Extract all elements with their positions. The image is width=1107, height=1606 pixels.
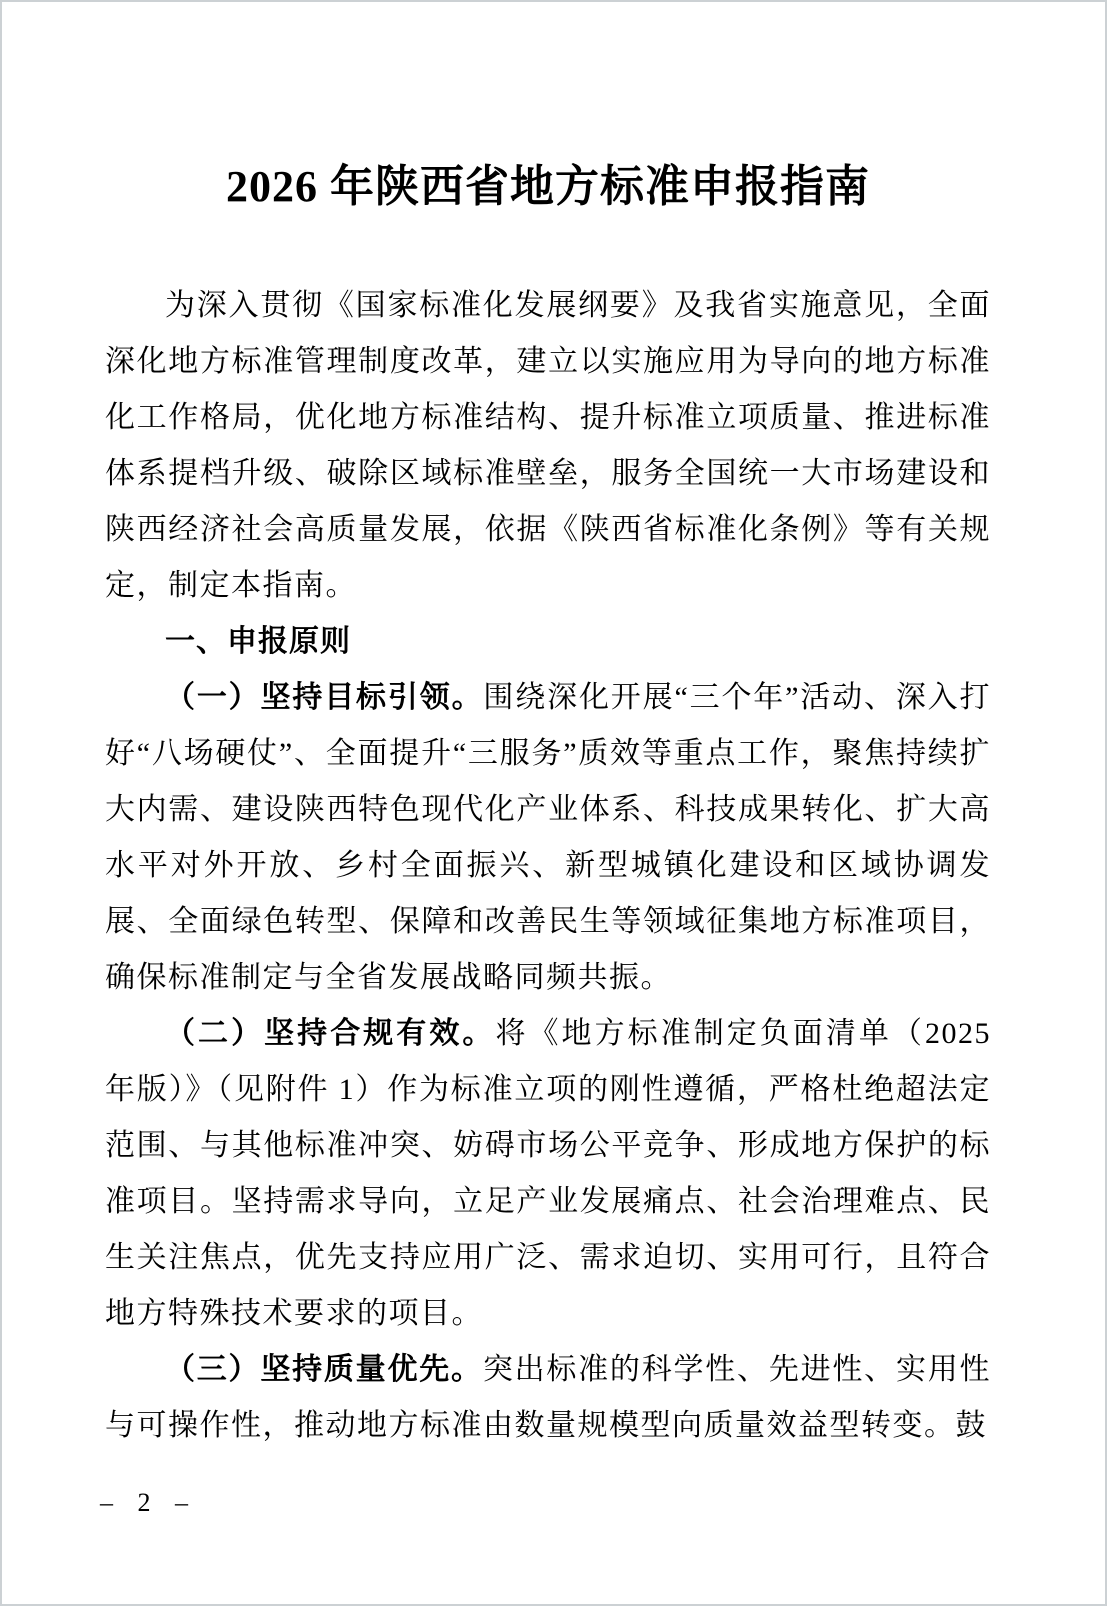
principle-item-3-lead: （三）坚持质量优先。 [165, 1353, 483, 1386]
principle-item-2-lead: （二）坚持合规有效。 [165, 1017, 495, 1050]
principle-item-3: （三）坚持质量优先。突出标准的科学性、先进性、实用性与可操作性，推动地方标准由数… [105, 1342, 991, 1454]
document-body: 为深入贯彻《国家标准化发展纲要》及我省实施意见，全面深化地方标准管理制度改革，建… [105, 278, 991, 1454]
principle-item-1: （一）坚持目标引领。围绕深化开展“三个年”活动、深入打好“八场硬仗”、全面提升“… [105, 670, 991, 1006]
document-page: 2026 年陕西省地方标准申报指南 为深入贯彻《国家标准化发展纲要》及我省实施意… [0, 0, 1107, 1606]
principle-item-1-lead: （一）坚持目标引领。 [165, 681, 483, 714]
document-content: 2026 年陕西省地方标准申报指南 为深入贯彻《国家标准化发展纲要》及我省实施意… [105, 2, 991, 1454]
page-number: – 2 – [100, 1488, 197, 1518]
section-heading-application-principles: 一、申报原则 [105, 614, 991, 670]
principle-item-1-body: 围绕深化开展“三个年”活动、深入打好“八场硬仗”、全面提升“三服务”质效等重点工… [105, 681, 991, 994]
principle-item-2: （二）坚持合规有效。将《地方标准制定负面清单（2025 年版）》（见附件 1）作… [105, 1006, 991, 1342]
document-title: 2026 年陕西省地方标准申报指南 [105, 160, 991, 214]
principle-item-2-body: 将《地方标准制定负面清单（2025 年版）》（见附件 1）作为标准立项的刚性遵循… [105, 1017, 991, 1330]
intro-paragraph: 为深入贯彻《国家标准化发展纲要》及我省实施意见，全面深化地方标准管理制度改革，建… [105, 278, 991, 614]
